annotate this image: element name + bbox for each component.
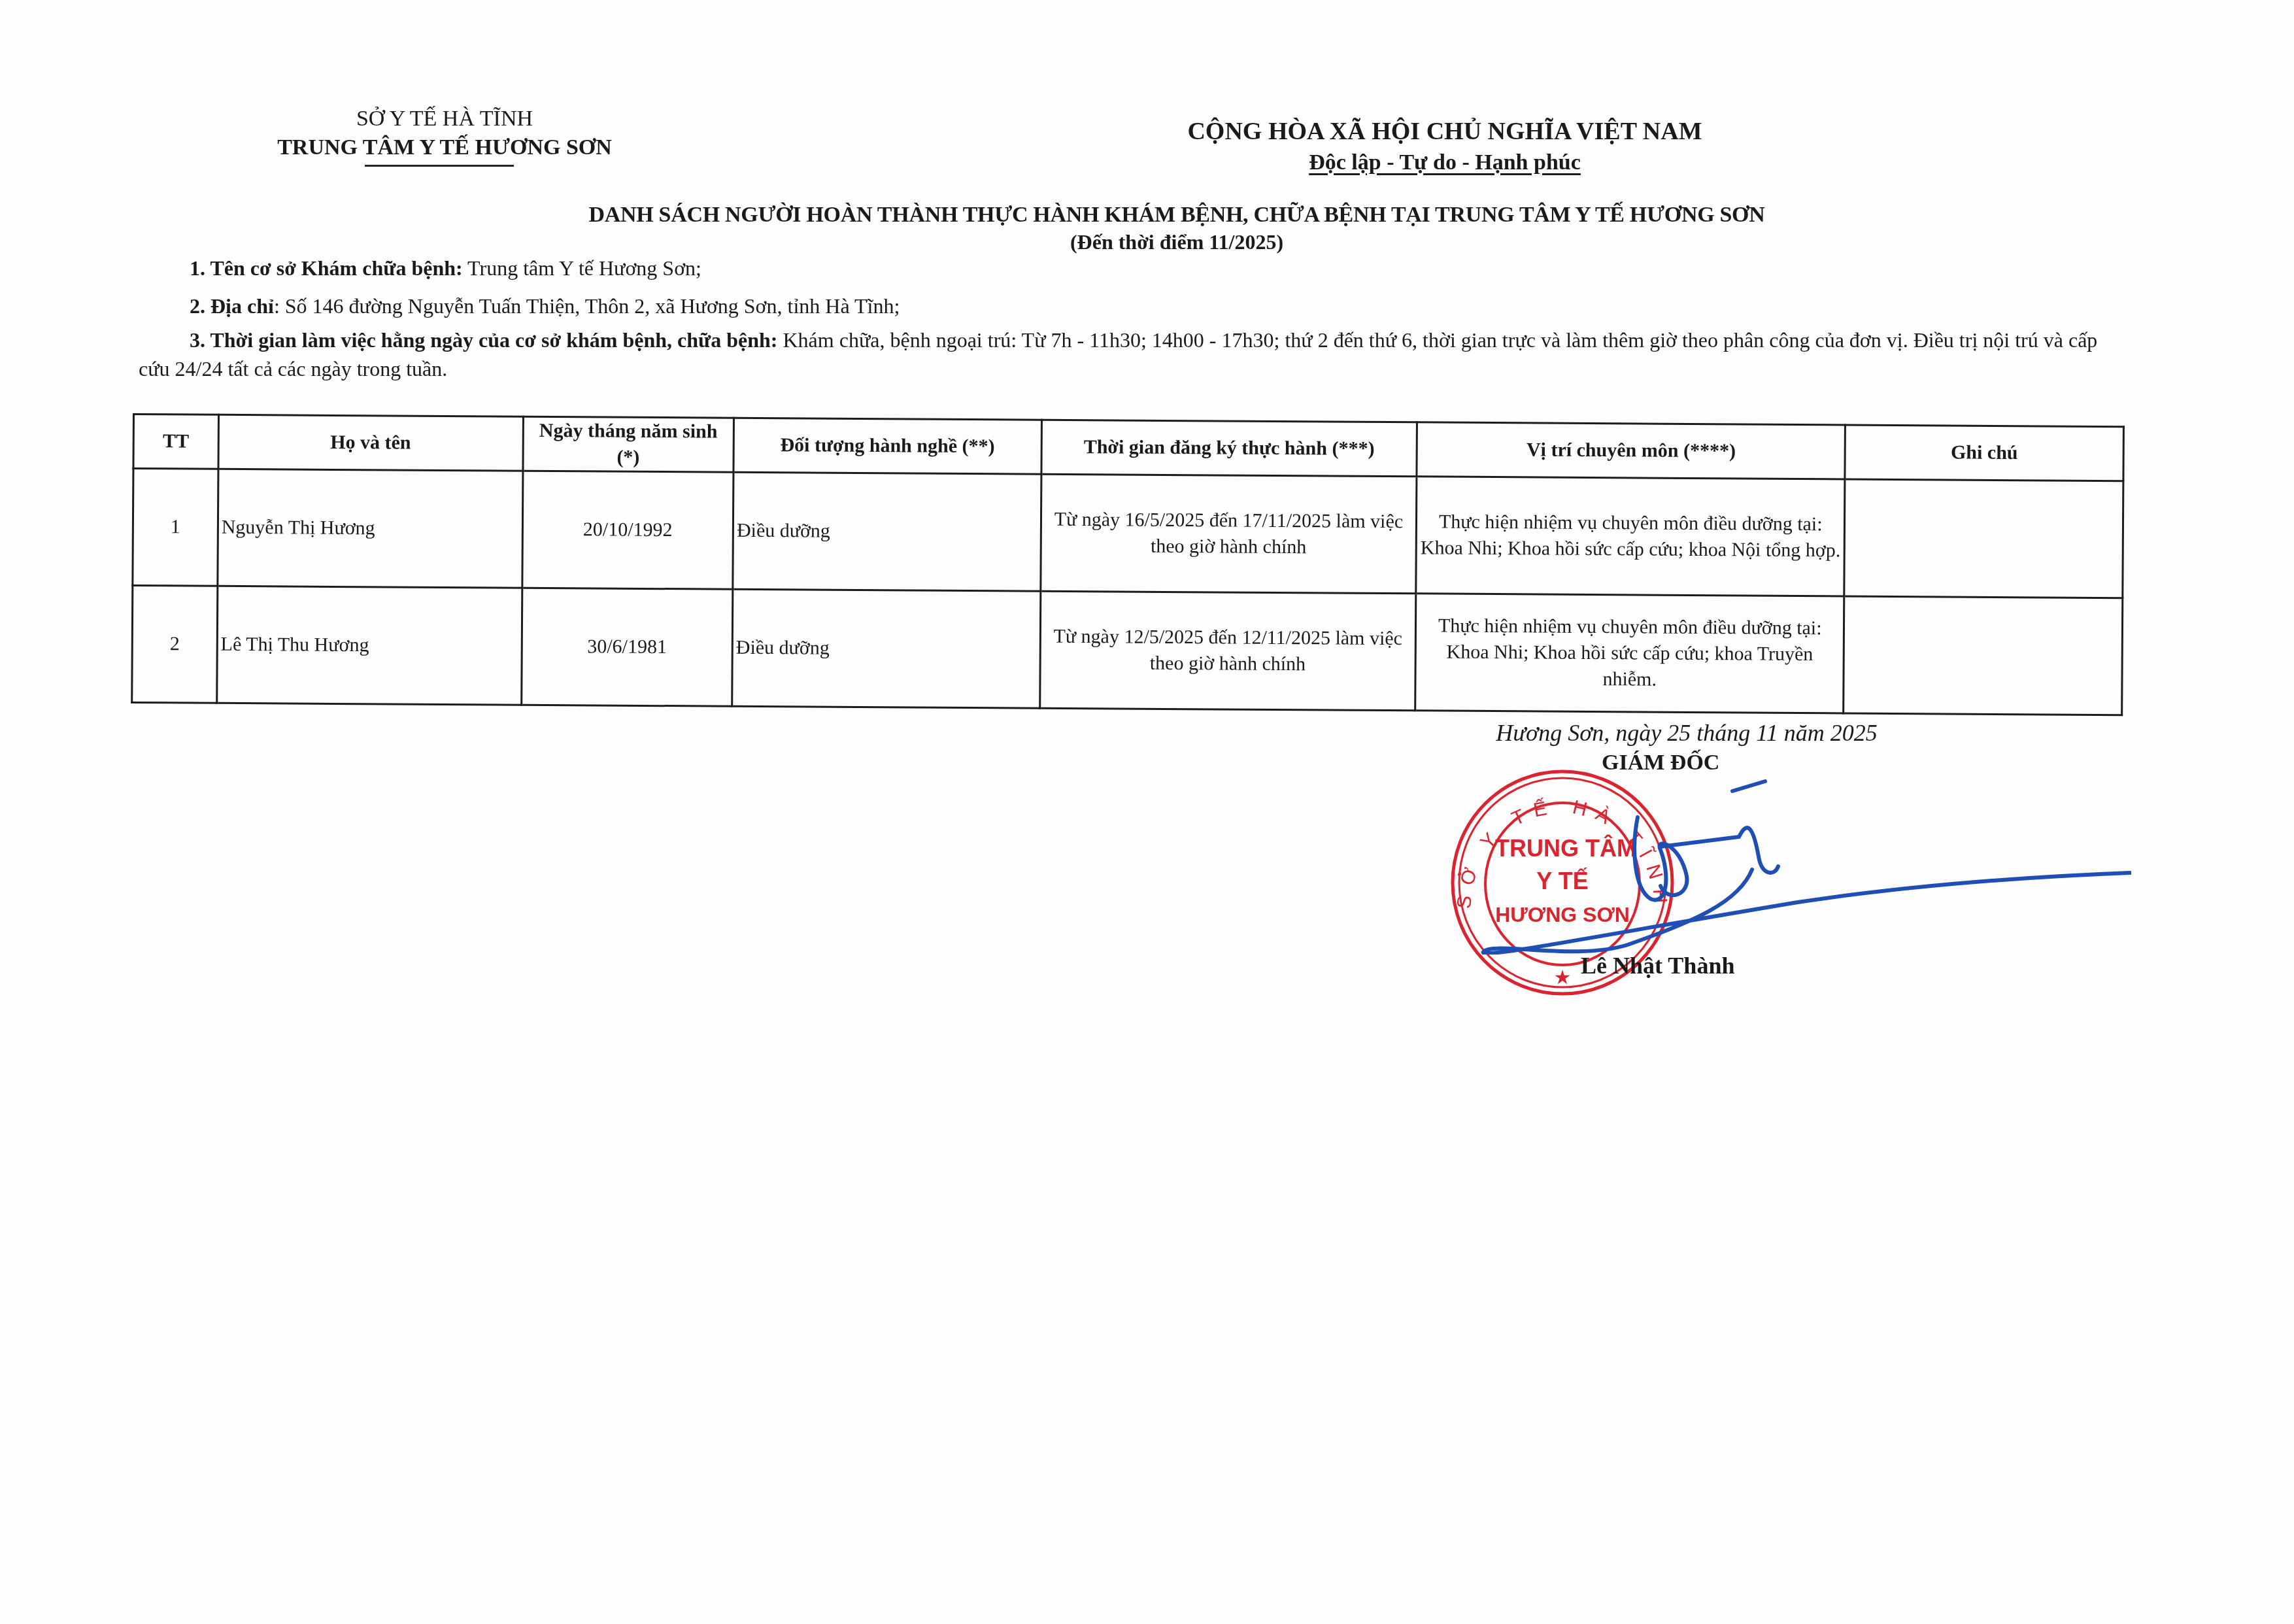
title-main: DANH SÁCH NGƯỜI HOÀN THÀNH THỰC HÀNH KHÁ… — [458, 201, 1896, 229]
director-signature-icon — [1471, 745, 2131, 955]
cell-note — [1844, 596, 2123, 715]
cell-practice-period: Từ ngày 12/5/2025 đến 12/11/2025 làm việ… — [1039, 591, 1416, 711]
address-value: : Số 146 đường Nguyễn Tuấn Thiện, Thôn 2… — [274, 294, 900, 318]
practitioner-table: TT Họ và tên Ngày tháng năm sinh (*) Đối… — [131, 413, 2125, 716]
agency-name: TRUNG TÂM Y TẾ HƯƠNG SƠN — [216, 133, 673, 162]
facility-name-value: Trung tâm Y tế Hương Sơn; — [463, 256, 701, 280]
cell-dob: 30/6/1981 — [521, 588, 733, 706]
table-row: 2 Lê Thị Thu Hương 30/6/1981 Điều dưỡng … — [132, 586, 2123, 715]
cell-name: Nguyễn Thị Hương — [218, 469, 523, 588]
col-header-tt: TT — [133, 414, 218, 469]
cell-tt: 1 — [133, 469, 218, 586]
facility-name-label: 1. Tên cơ sở Khám chữa bệnh: — [190, 256, 463, 280]
col-header-practice-type: Đối tượng hành nghề (**) — [734, 418, 1041, 474]
signing-date: Hương Sơn, ngày 25 tháng 11 năm 2025 — [1425, 719, 1948, 747]
col-header-name: Họ và tên — [218, 414, 523, 471]
cell-practice-type: Điều dưỡng — [732, 589, 1041, 708]
col-header-dob: Ngày tháng năm sinh (*) — [523, 416, 734, 472]
cell-practice-period: Từ ngày 16/5/2025 đến 17/11/2025 làm việ… — [1040, 474, 1417, 594]
cell-practice-type: Điều dưỡng — [733, 472, 1041, 591]
cell-name: Lê Thị Thu Hương — [217, 586, 522, 705]
cell-position: Thực hiện nhiệm vụ chuyên môn điều dưỡng… — [1416, 477, 1845, 596]
facility-name-line: 1. Tên cơ sở Khám chữa bệnh: Trung tâm Y… — [190, 254, 701, 282]
signer-name: Lê Nhật Thành — [1581, 952, 1734, 979]
title-subtitle: (Đến thời điểm 11/2025) — [458, 229, 1896, 255]
parent-agency: SỞ Y TẾ HÀ TĨNH — [216, 105, 673, 133]
cell-position: Thực hiện nhiệm vụ chuyên môn điều dưỡng… — [1415, 594, 1844, 713]
national-motto: Độc lập - Tự do - Hạnh phúc — [1151, 148, 1739, 178]
table-row: 1 Nguyễn Thị Hương 20/10/1992 Điều dưỡng… — [133, 469, 2123, 598]
col-header-note: Ghi chú — [1845, 425, 2123, 481]
cell-dob: 20/10/1992 — [522, 471, 734, 589]
signer-title: GIÁM ĐỐC — [1602, 751, 1719, 775]
working-hours-label: 3. Thời gian làm việc hằng ngày của cơ s… — [190, 328, 777, 352]
document-title: DANH SÁCH NGƯỜI HOÀN THÀNH THỰC HÀNH KHÁ… — [458, 201, 1896, 255]
national-motto-header: CỘNG HÒA XÃ HỘI CHỦ NGHĨA VIỆT NAM Độc l… — [1151, 115, 1739, 178]
address-label: 2. Địa chỉ — [190, 294, 274, 318]
header-underline — [365, 165, 514, 167]
col-header-position: Vị trí chuyên môn (****) — [1417, 422, 1845, 479]
address-line: 2. Địa chỉ: Số 146 đường Nguyễn Tuấn Thi… — [190, 292, 900, 320]
col-header-practice-period: Thời gian đăng ký thực hành (***) — [1041, 420, 1417, 477]
svg-text:★: ★ — [1554, 967, 1572, 989]
cell-tt: 2 — [132, 586, 218, 703]
issuing-agency-header: SỞ Y TẾ HÀ TĨNH TRUNG TÂM Y TẾ HƯƠNG SƠN — [216, 105, 673, 162]
working-hours-line: 3. Thời gian làm việc hằng ngày của cơ s… — [139, 326, 2113, 383]
cell-note — [1844, 479, 2123, 598]
country-name: CỘNG HÒA XÃ HỘI CHỦ NGHĨA VIỆT NAM — [1151, 115, 1739, 148]
